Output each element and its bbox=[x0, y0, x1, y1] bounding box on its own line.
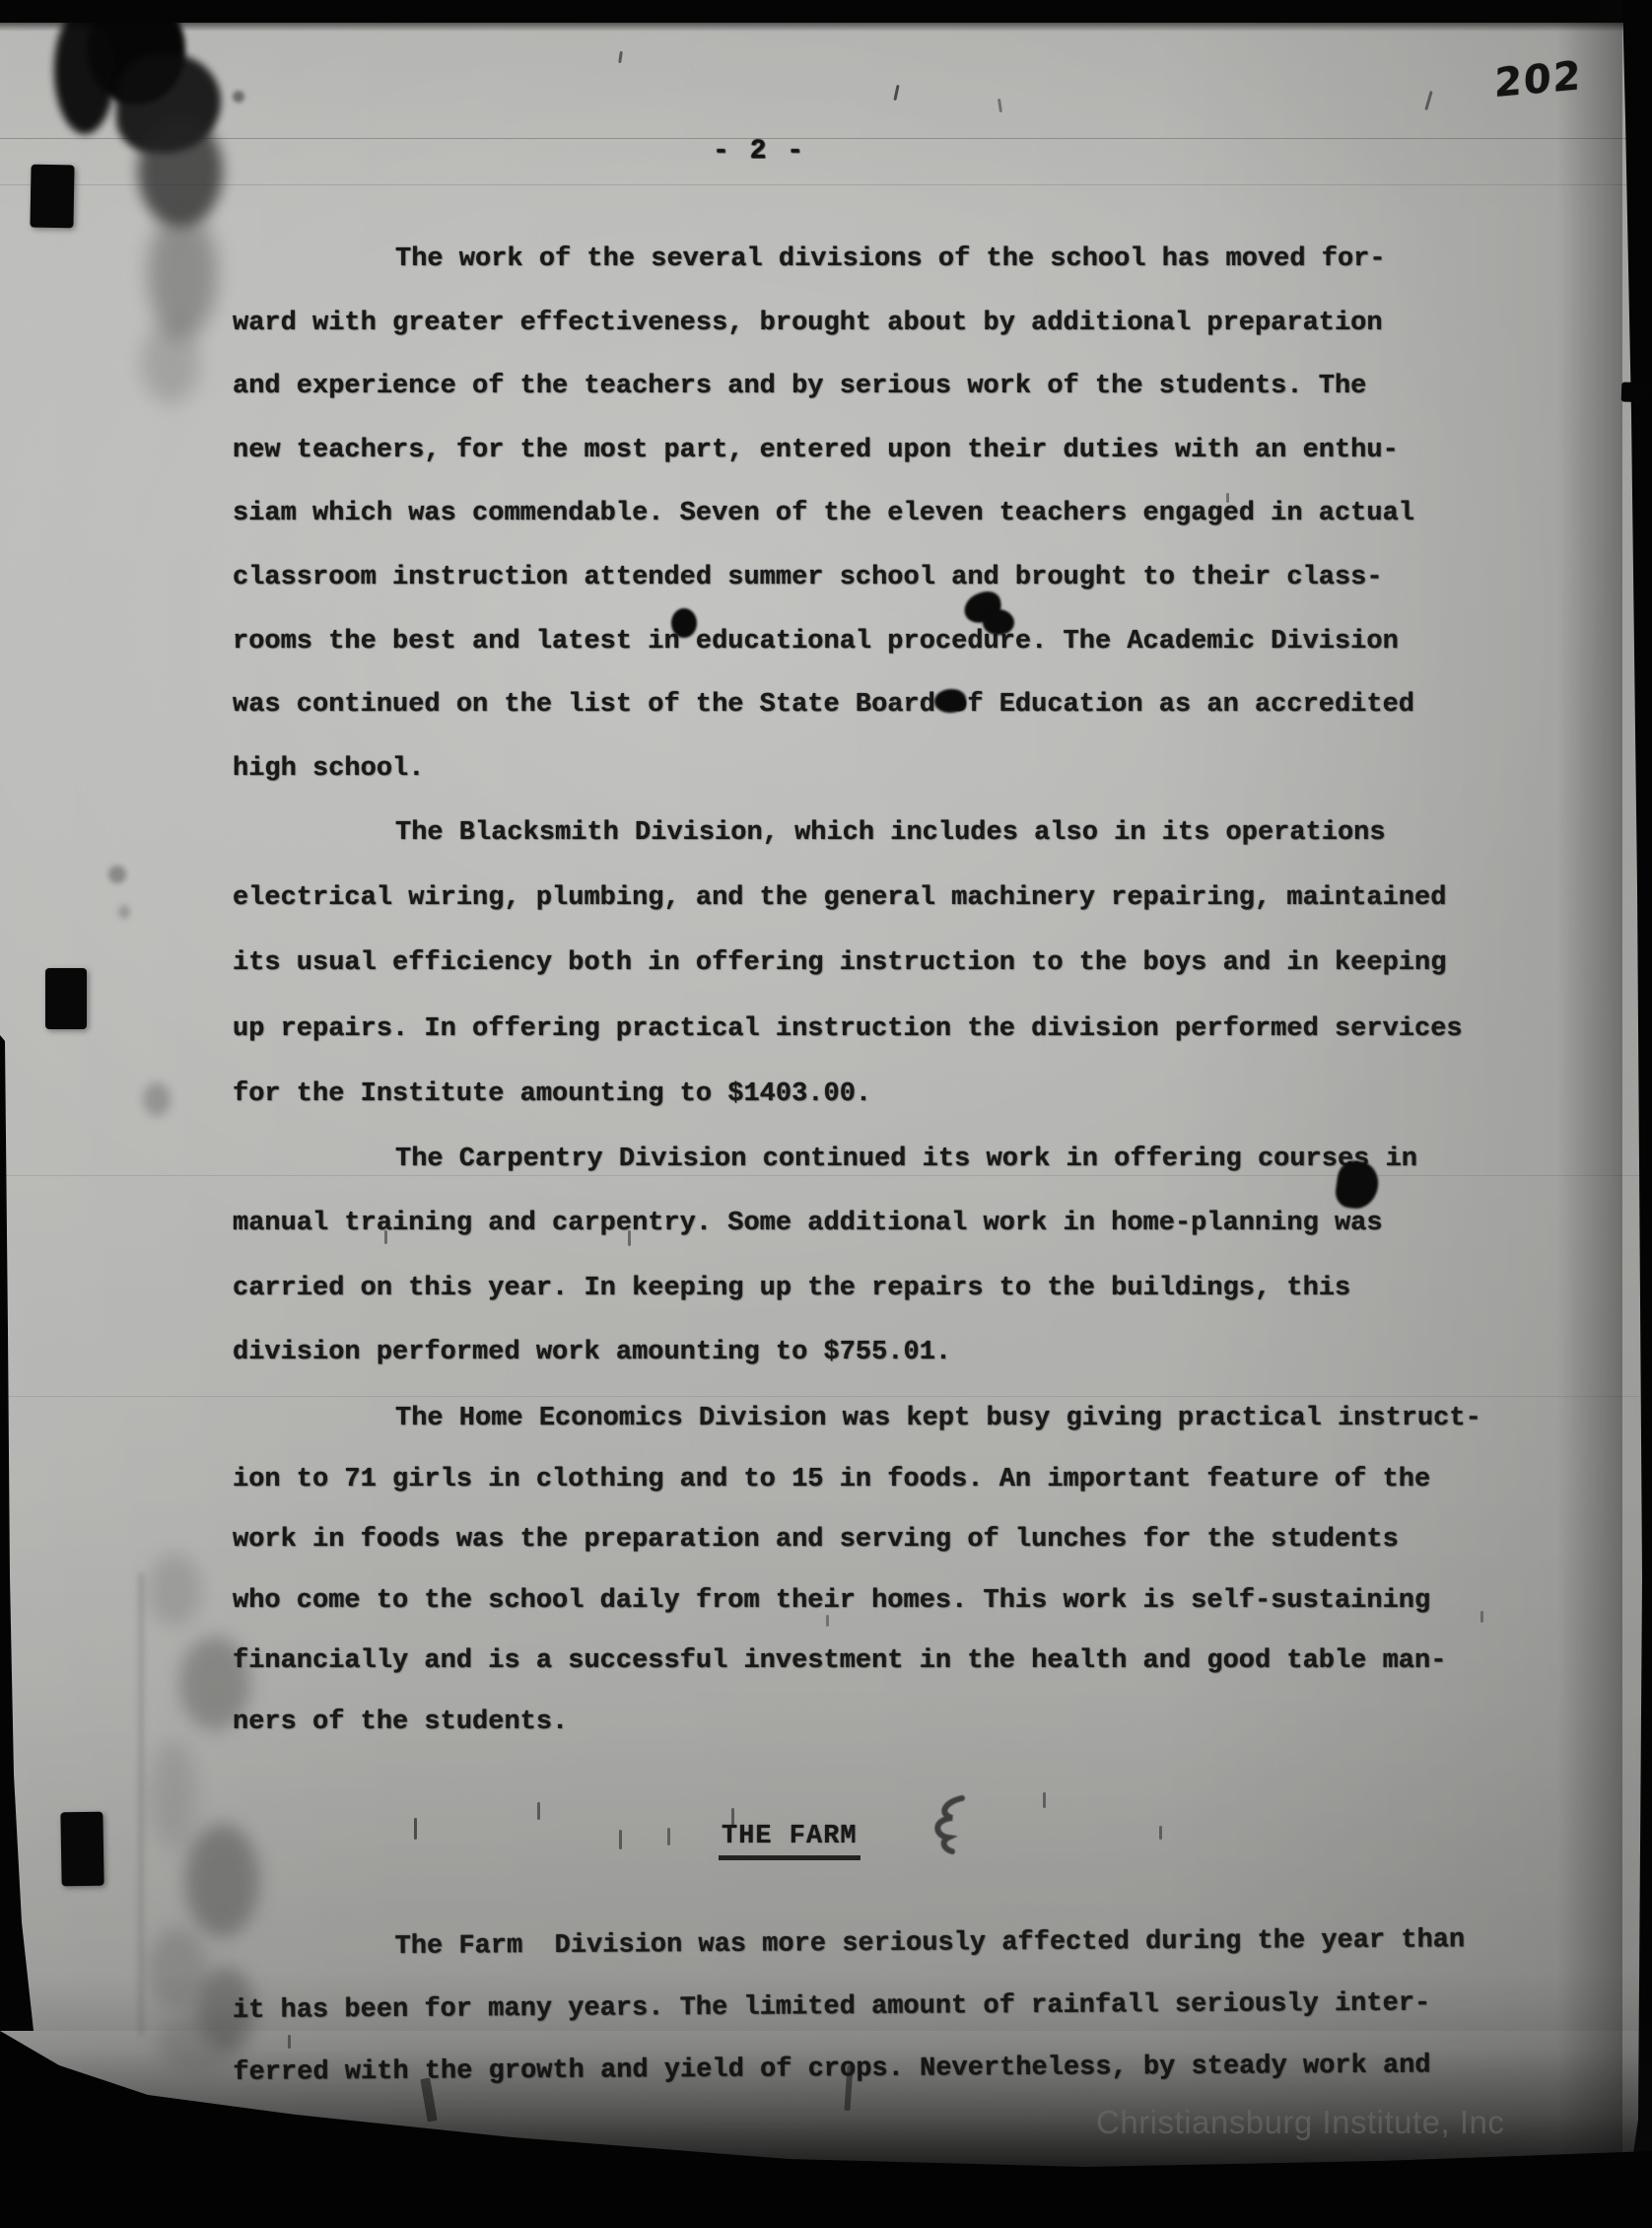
speck-mark bbox=[826, 1615, 829, 1627]
text-line: and experience of the teachers and by se… bbox=[233, 355, 1514, 419]
speck-mark bbox=[1043, 1792, 1046, 1808]
text-line: rooms the best and latest in educational… bbox=[233, 610, 1514, 674]
text-line: division performed work amounting to $75… bbox=[233, 1321, 1514, 1385]
speck-mark bbox=[1480, 1611, 1483, 1623]
paragraph-home-economics-division: The Home Economics Division was kept bus… bbox=[233, 1389, 1514, 1754]
text-line: electrical wiring, plumbing, and the gen… bbox=[233, 866, 1514, 931]
hole-punch-mark bbox=[45, 968, 87, 1029]
text-line: ward with greater effectiveness, brought… bbox=[233, 292, 1514, 356]
speck-mark bbox=[667, 1828, 670, 1845]
ink-blob bbox=[934, 689, 966, 713]
ink-blob bbox=[983, 609, 1014, 635]
text-line: high school. bbox=[233, 737, 1514, 801]
speck-mark bbox=[619, 1830, 622, 1849]
text-line: was continued on the list of the State B… bbox=[233, 673, 1514, 737]
stain-mark bbox=[150, 1740, 197, 1848]
text-line: siam which was commendable. Seven of the… bbox=[233, 482, 1514, 546]
page-curl-shadow-right bbox=[1557, 0, 1622, 2228]
speck-mark bbox=[384, 1230, 387, 1244]
paragraph-blacksmith-division: The Blacksmith Division, which includes … bbox=[233, 801, 1514, 1127]
stain-mark bbox=[148, 1553, 202, 1627]
speck-mark bbox=[1424, 91, 1432, 110]
ink-squiggle bbox=[915, 1792, 984, 1861]
text-line: ners of the students. bbox=[233, 1693, 1514, 1754]
text-line: The Home Economics Division was kept bus… bbox=[233, 1389, 1514, 1450]
speck-mark bbox=[731, 1808, 734, 1826]
speck-mark bbox=[618, 51, 623, 63]
speck-mark bbox=[628, 1230, 631, 1246]
speck-mark bbox=[414, 1818, 417, 1840]
ink-blot-top-left bbox=[148, 209, 217, 339]
scan-edge-tab bbox=[1621, 382, 1652, 402]
stain-dot bbox=[108, 866, 126, 883]
section-heading-the-farm: THE FARM bbox=[719, 1822, 860, 1860]
ink-blob bbox=[671, 608, 697, 638]
ink-blot-top-left bbox=[141, 321, 200, 404]
scan-edge-top bbox=[0, 0, 1652, 23]
text-line: financially and is a successful investme… bbox=[233, 1632, 1514, 1693]
ink-blot-satellite bbox=[233, 91, 244, 103]
scan-edge-top-fade bbox=[0, 23, 1652, 32]
scan-hairline bbox=[0, 184, 1652, 185]
text-line: who come to the school daily from their … bbox=[233, 1571, 1514, 1633]
page-number: - 2 - bbox=[713, 136, 805, 167]
speck-mark bbox=[1159, 1826, 1162, 1840]
stain-dot bbox=[143, 1082, 171, 1116]
scanned-document-page: 202 - 2 - The work of the several divisi… bbox=[0, 0, 1652, 2228]
text-line: for the Institute amounting to $1403.00. bbox=[233, 1062, 1514, 1127]
text-line: carried on this year. In keeping up the … bbox=[233, 1257, 1514, 1321]
text-line: its usual efficiency both in offering in… bbox=[233, 931, 1514, 996]
archive-watermark: Christiansburg Institute, Inc bbox=[1096, 2104, 1504, 2141]
crease-streak bbox=[138, 1572, 144, 2036]
text-line: up repairs. In offering practical instru… bbox=[233, 997, 1514, 1062]
text-line: The Blacksmith Division, which includes … bbox=[233, 801, 1514, 866]
text-line: The work of the several divisions of the… bbox=[233, 228, 1514, 292]
text-line: classroom instruction attended summer sc… bbox=[233, 546, 1514, 610]
speck-mark bbox=[998, 99, 1002, 112]
paragraph-divisions-overview: The work of the several divisions of the… bbox=[233, 228, 1514, 801]
paragraph-carpentry-division: The Carpentry Division continued its wor… bbox=[233, 1128, 1514, 1386]
text-line: manual training and carpentry. Some addi… bbox=[233, 1192, 1514, 1256]
speck-mark bbox=[1226, 493, 1229, 503]
speck-mark bbox=[537, 1802, 540, 1820]
text-line: work in foods was the preparation and se… bbox=[233, 1510, 1514, 1571]
text-line: new teachers, for the most part, entered… bbox=[233, 419, 1514, 483]
text-line: The Farm Division was more seriously aff… bbox=[232, 1910, 1513, 1980]
text-line: ion to 71 girls in clothing and to 15 in… bbox=[233, 1450, 1514, 1511]
scan-hairline bbox=[0, 138, 1652, 139]
hole-punch-mark bbox=[30, 165, 74, 229]
text-line: The Carpentry Division continued its wor… bbox=[233, 1128, 1514, 1192]
hole-punch-mark bbox=[60, 1812, 103, 1887]
stain-dot bbox=[118, 905, 130, 919]
speck-mark bbox=[893, 85, 899, 101]
